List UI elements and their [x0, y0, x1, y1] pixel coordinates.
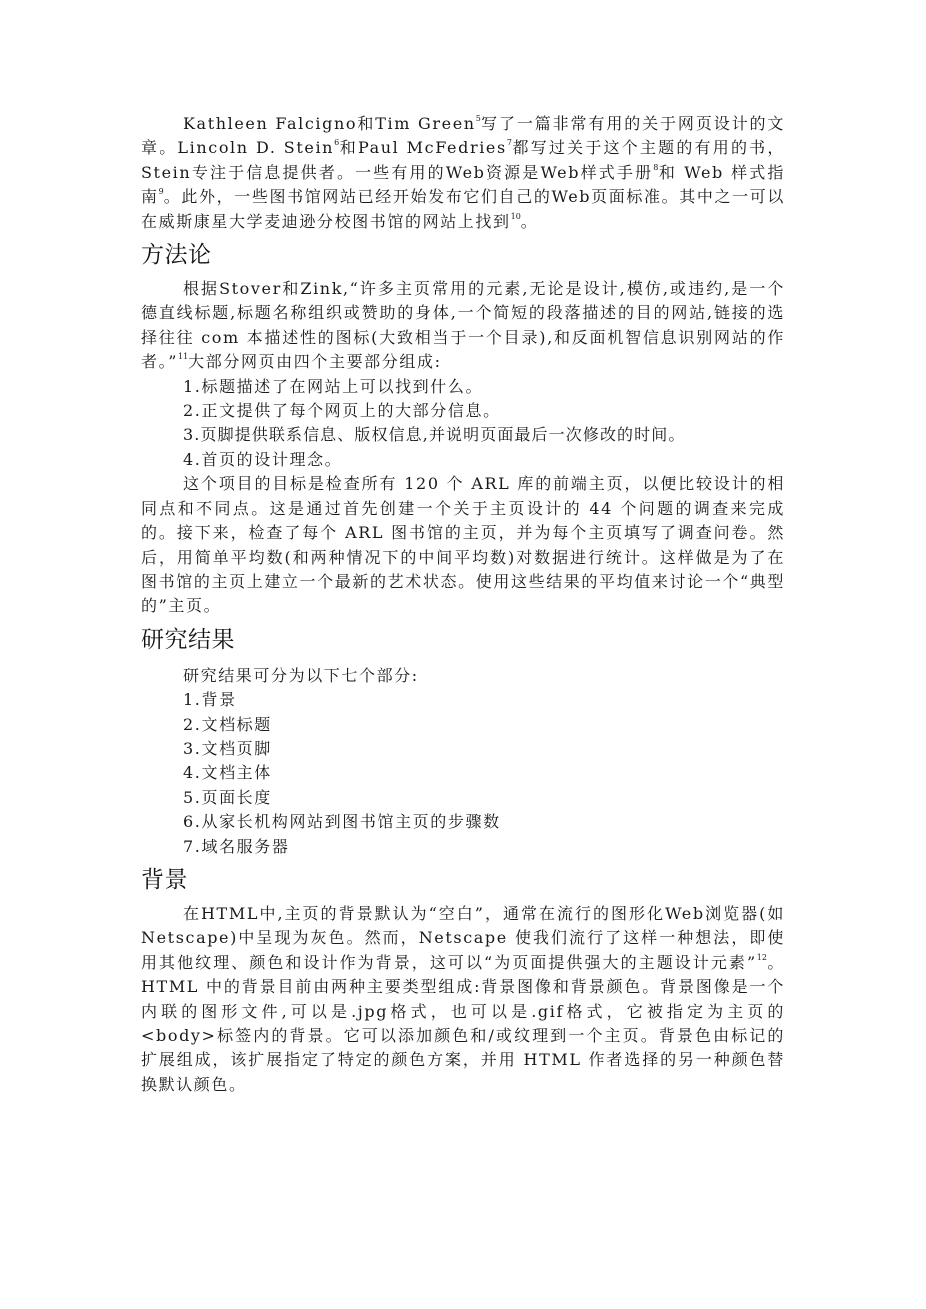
footnote-ref: 12	[757, 953, 767, 962]
list-item: 3.页脚提供联系信息、版权信息,并说明页面最后一次修改的时间。	[141, 423, 785, 447]
footnote-ref: 11	[178, 352, 188, 361]
section-heading-methodology: 方法论	[141, 243, 785, 267]
document-page: Kathleen Falcigno和Tim Green5写了一篇非常有用的关于网…	[141, 112, 785, 1097]
results-intro: 研究结果可分为以下七个部分:	[141, 664, 785, 688]
methodology-text: 大部分网页由四个主要部分组成:	[188, 352, 441, 371]
background-text: 在HTML中,主页的背景默认为“空白”，通常在流行的图形化Web浏览器(如 Ne…	[141, 904, 785, 972]
list-item: 6.从家长机构网站到图书馆主页的步骤数	[141, 810, 785, 834]
intro-text: 和Paul McFedries	[339, 138, 507, 157]
section-heading-results: 研究结果	[141, 628, 785, 652]
list-item: 3.文档页脚	[141, 737, 785, 761]
list-item: 7.域名服务器	[141, 835, 785, 859]
list-item: 2.文档标题	[141, 713, 785, 737]
list-item: 5.页面长度	[141, 786, 785, 810]
footnote-ref: 10	[511, 212, 521, 221]
intro-text: 。此外，一些图书馆网站已经开始发布它们自己的Web页面标准。其中之一可以在威斯康…	[141, 187, 785, 230]
methodology-goal-paragraph: 这个项目的目标是检查所有 120 个 ARL 库的前端主页，以便比较设计的相同点…	[141, 472, 785, 618]
list-item: 2.正文提供了每个网页上的大部分信息。	[141, 399, 785, 423]
list-item: 1.标题描述了在网站上可以找到什么。	[141, 375, 785, 399]
list-item: 4.文档主体	[141, 761, 785, 785]
background-paragraph: 在HTML中,主页的背景默认为“空白”，通常在流行的图形化Web浏览器(如 Ne…	[141, 902, 785, 1097]
intro-paragraph: Kathleen Falcigno和Tim Green5写了一篇非常有用的关于网…	[141, 112, 785, 234]
methodology-paragraph: 根据Stover和Zink,“许多主页常用的元素,无论是设计,模仿,或违约,是一…	[141, 277, 785, 375]
background-text: 。 HTML 中的背景目前由两种主要类型组成:背景图像和背景颜色。背景图像是一个…	[141, 953, 785, 1094]
list-item: 1.背景	[141, 688, 785, 712]
intro-text: 。	[521, 212, 539, 231]
list-item: 4.首页的设计理念。	[141, 448, 785, 472]
intro-text: Kathleen Falcigno和Tim Green	[183, 114, 476, 133]
section-heading-background: 背景	[141, 868, 785, 892]
